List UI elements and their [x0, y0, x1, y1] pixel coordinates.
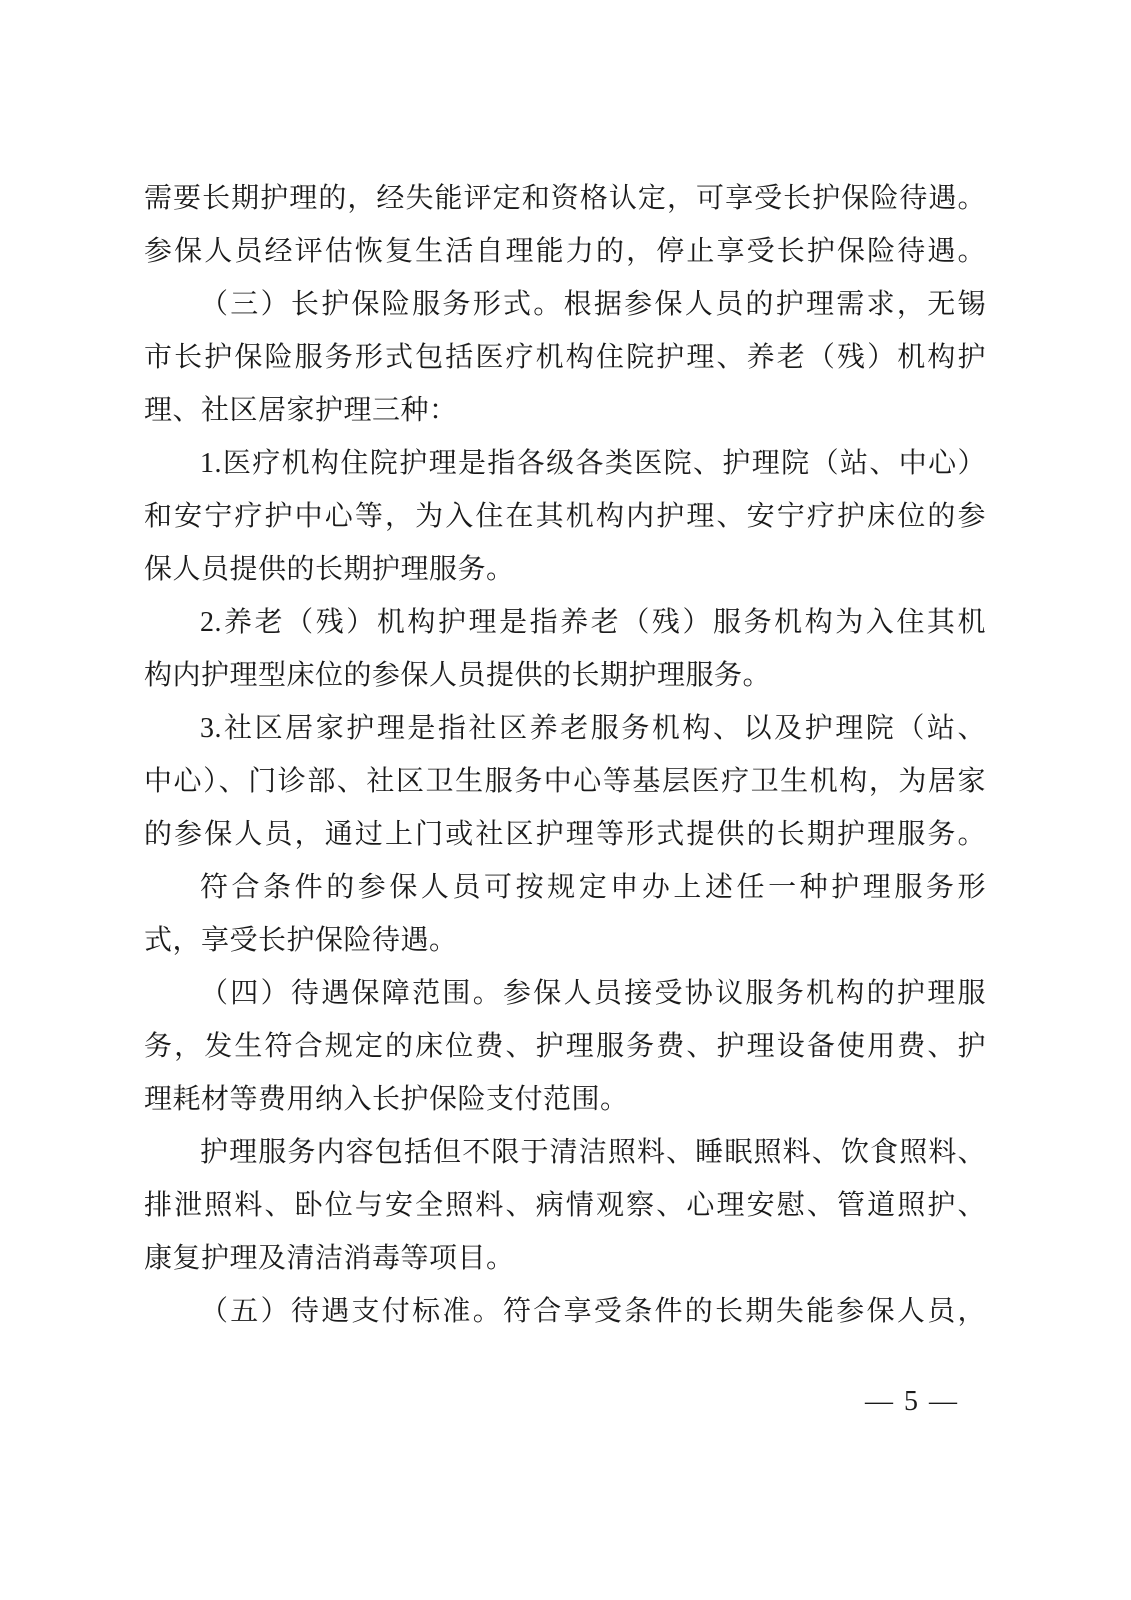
text-line: 2.养老（残）机构护理是指养老（残）服务机构为入住其机 — [144, 596, 986, 649]
text-line: 保人员提供的长期护理服务。 — [144, 543, 986, 596]
document-page: 需要长期护理的，经失能评定和资格认定，可享受长护保险待遇。参保人员经评估恢复生活… — [0, 0, 1131, 1600]
text-line: 护理服务内容包括但不限于清洁照料、睡眠照料、饮食照料、 — [144, 1126, 986, 1179]
text-line: 构内护理型床位的参保人员提供的长期护理服务。 — [144, 649, 986, 702]
text-line: 务，发生符合规定的床位费、护理服务费、护理设备使用费、护 — [144, 1020, 986, 1073]
text-line: （四）待遇保障范围。参保人员接受协议服务机构的护理服 — [144, 967, 986, 1020]
text-line: 康复护理及清洁消毒等项目。 — [144, 1232, 986, 1285]
text-line: 需要长期护理的，经失能评定和资格认定，可享受长护保险待遇。 — [144, 172, 986, 225]
text-line: 1.医疗机构住院护理是指各级各类医院、护理院（站、中心） — [144, 437, 986, 490]
page-number: — 5 — — [865, 1385, 959, 1419]
text-line: 的参保人员，通过上门或社区护理等形式提供的长期护理服务。 — [144, 808, 986, 861]
text-line: 排泄照料、卧位与安全照料、病情观察、心理安慰、管道照护、 — [144, 1179, 986, 1232]
text-line: 理耗材等费用纳入长护保险支付范围。 — [144, 1073, 986, 1126]
text-line: 参保人员经评估恢复生活自理能力的，停止享受长护保险待遇。 — [144, 225, 986, 278]
text-line: 符合条件的参保人员可按规定申办上述任一种护理服务形 — [144, 861, 986, 914]
page-content: 需要长期护理的，经失能评定和资格认定，可享受长护保险待遇。参保人员经评估恢复生活… — [144, 172, 986, 1338]
text-line: 式，享受长护保险待遇。 — [144, 914, 986, 967]
text-line: （三）长护保险服务形式。根据参保人员的护理需求，无锡 — [144, 278, 986, 331]
text-line: 市长护保险服务形式包括医疗机构住院护理、养老（残）机构护 — [144, 331, 986, 384]
text-line: 理、社区居家护理三种： — [144, 384, 986, 437]
text-line: 中心）、门诊部、社区卫生服务中心等基层医疗卫生机构，为居家 — [144, 755, 986, 808]
text-line: 和安宁疗护中心等，为入住在其机构内护理、安宁疗护床位的参 — [144, 490, 986, 543]
text-line: （五）待遇支付标准。符合享受条件的长期失能参保人员， — [144, 1285, 986, 1338]
text-line: 3.社区居家护理是指社区养老服务机构、以及护理院（站、 — [144, 702, 986, 755]
